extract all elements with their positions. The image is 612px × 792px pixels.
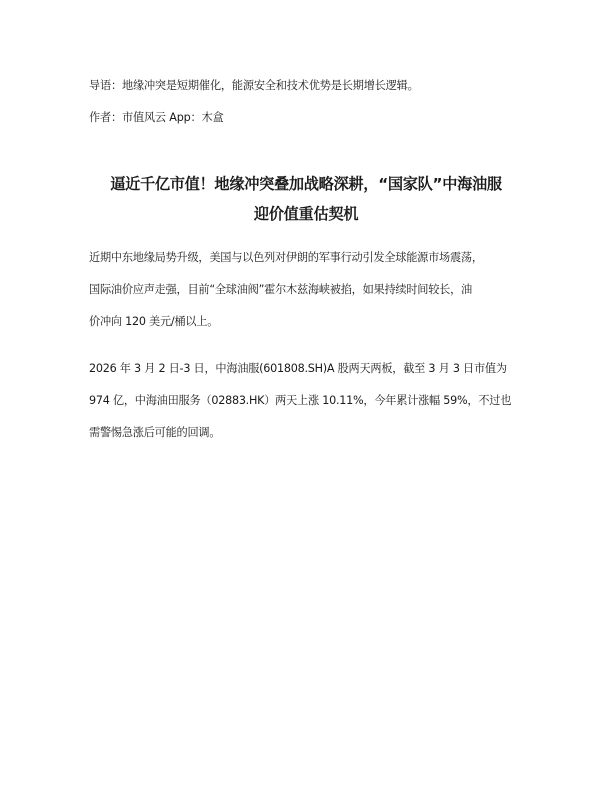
author-text: 市值风云 App：木盒 xyxy=(122,111,224,124)
author-label: 作者： xyxy=(89,111,122,124)
document-page: 导语：地缘冲突是短期催化，能源安全和技术优势是长期增长逻辑。 作者：市值风云 A… xyxy=(0,0,612,792)
article-title-line-1: 逼近千亿市值！地缘冲突叠加战略深耕，“国家队”中海油服 xyxy=(0,175,612,193)
paragraph-1-line-2: 国际油价应声走强，目前“全球油阀”霍尔木兹海峡被掐，如果持续时间较长，油 xyxy=(89,283,525,297)
paragraph-2-line-1: 2026 年 3 月 2 日-3 日，中海油服(601808.SH)A 股两天两… xyxy=(89,362,525,376)
paragraph-1-line-1: 近期中东地缘局势升级，美国与以色列对伊朗的军事行动引发全球能源市场震荡， xyxy=(89,251,525,265)
intro-line: 导语：地缘冲突是短期催化，能源安全和技术优势是长期增长逻辑。 xyxy=(89,79,419,93)
paragraph-1-line-3: 价冲向 120 美元/桶以上。 xyxy=(89,315,525,329)
paragraph-2-line-3: 需警惕急涨后可能的回调。 xyxy=(89,426,525,440)
intro-label: 导语： xyxy=(89,79,122,92)
paragraph-2-line-2: 974 亿，中海油田服务（02883.HK）两天上涨 10.11%，今年累计涨幅… xyxy=(89,394,525,408)
author-line: 作者：市值风云 App：木盒 xyxy=(89,111,224,125)
article-title-line-2: 迎价值重估契机 xyxy=(0,205,612,223)
intro-text: 地缘冲突是短期催化，能源安全和技术优势是长期增长逻辑。 xyxy=(122,79,419,92)
